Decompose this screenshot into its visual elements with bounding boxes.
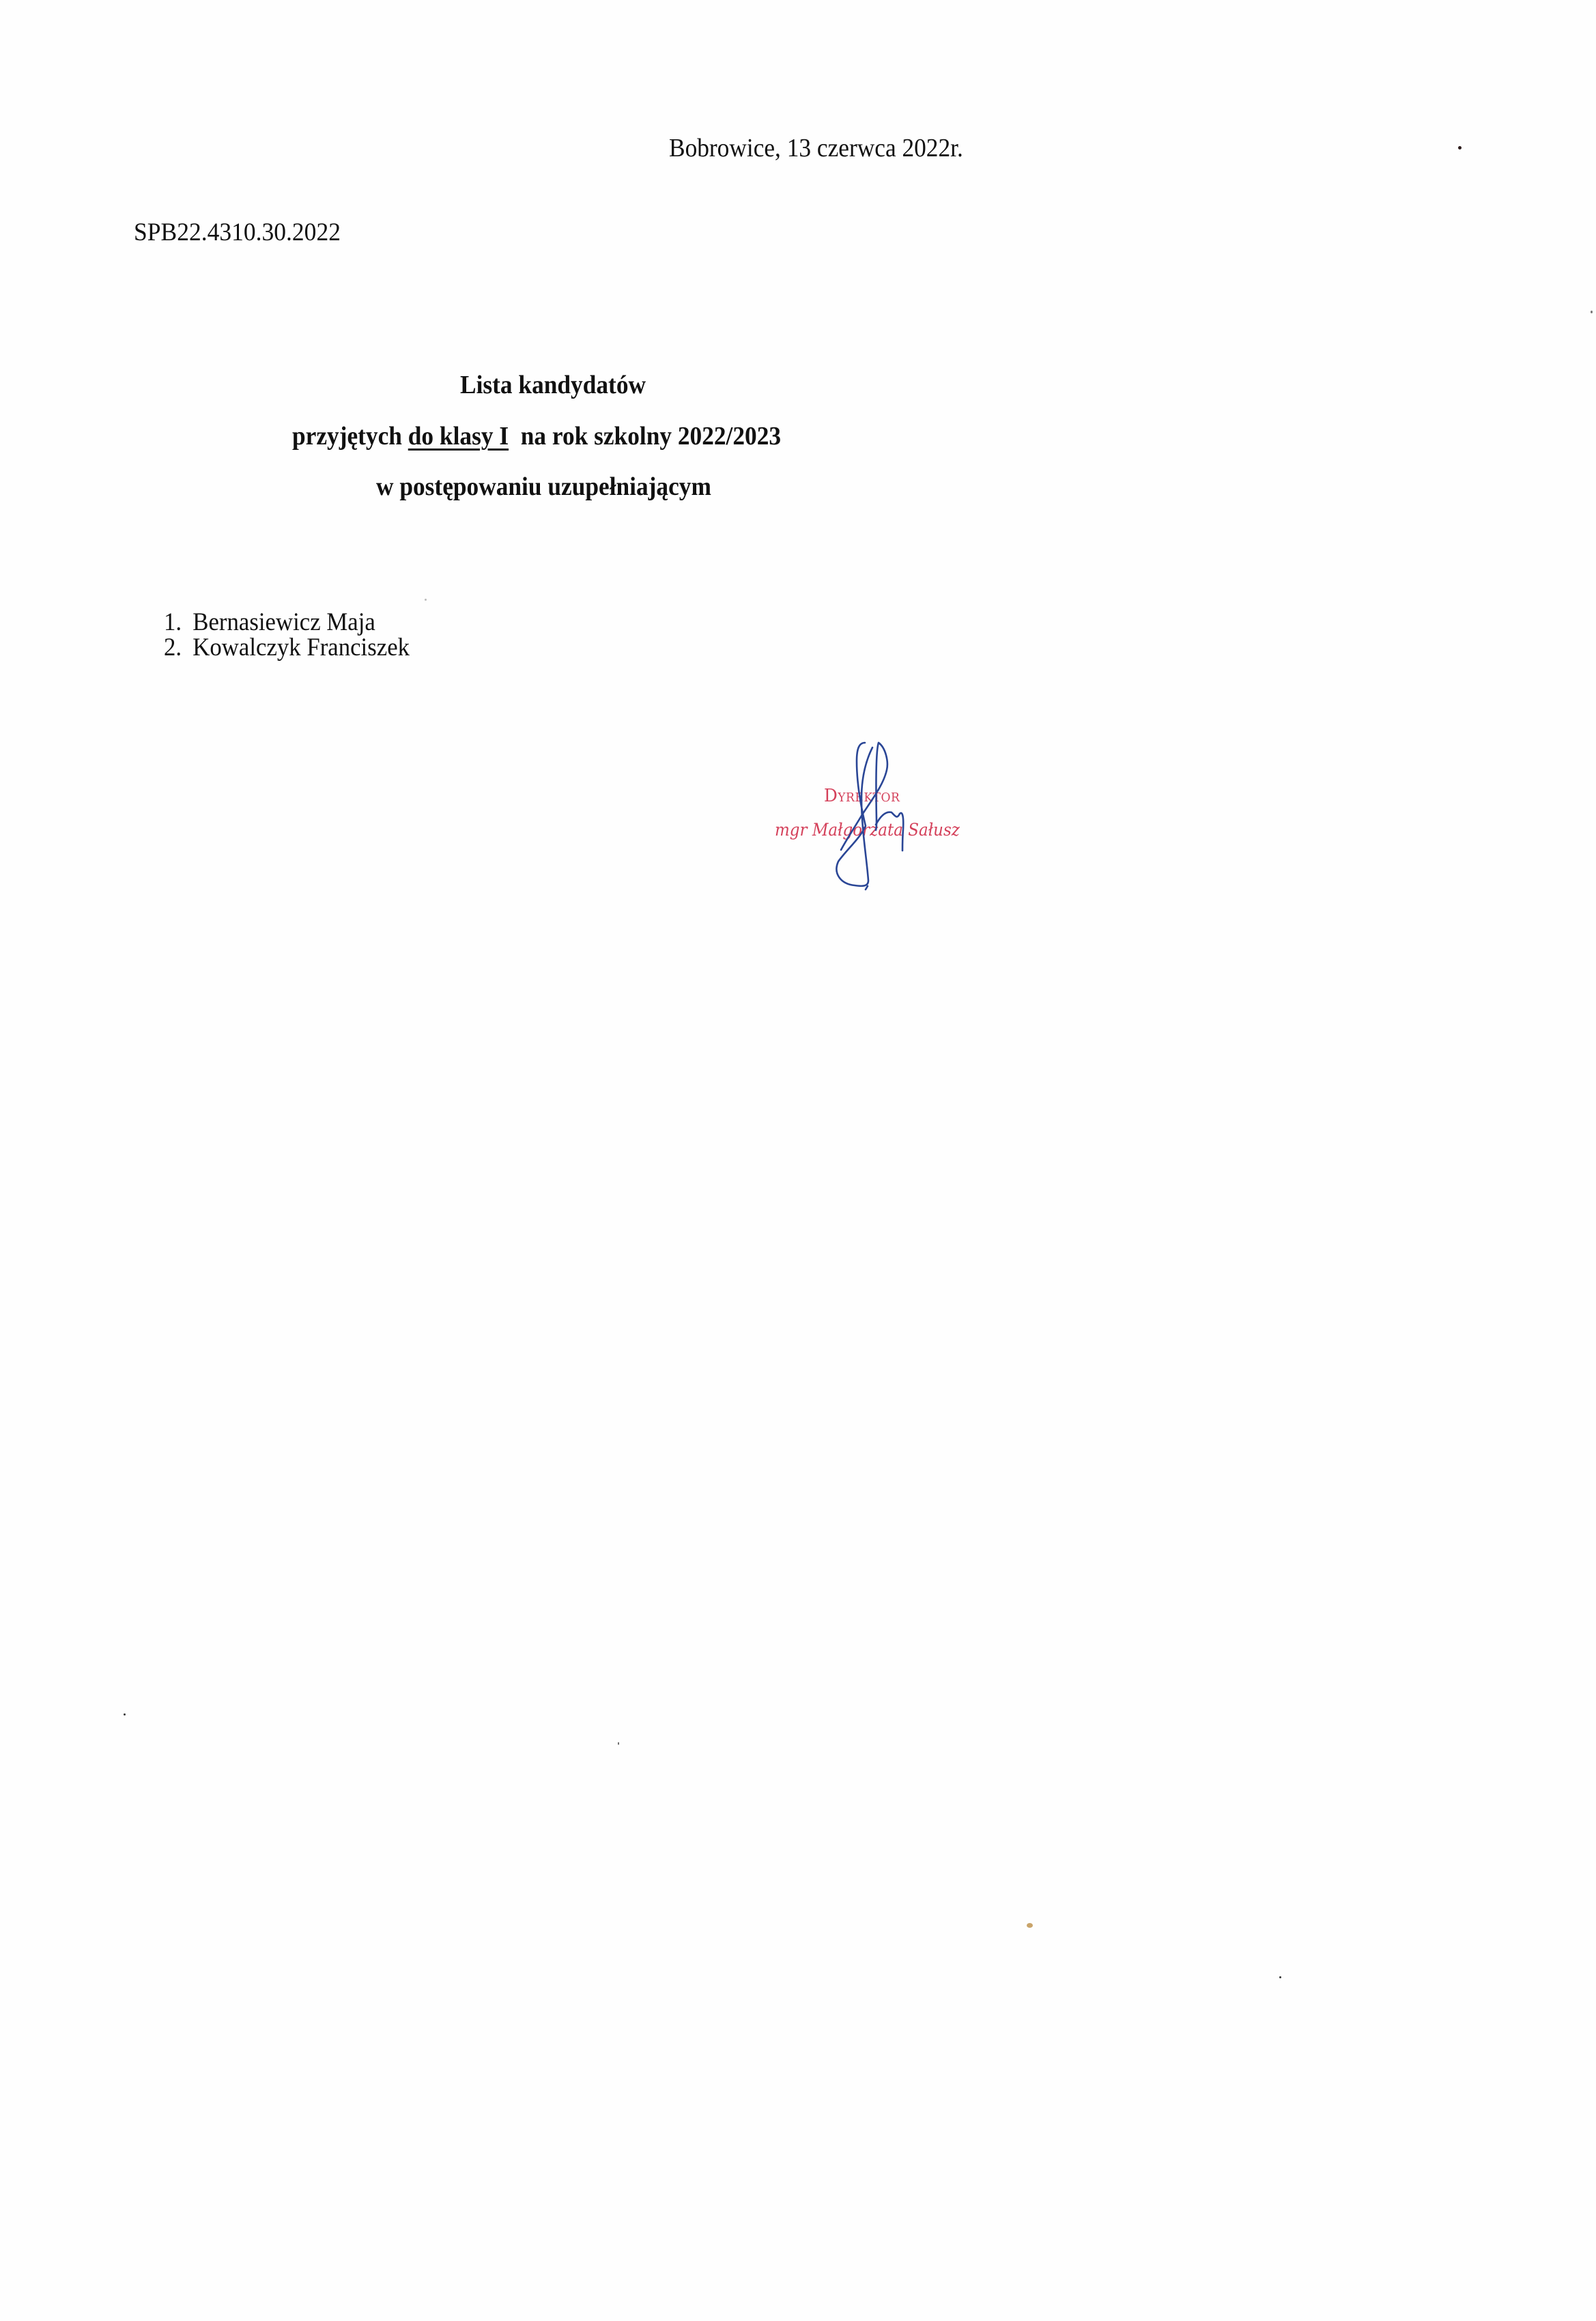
signature-icon xyxy=(0,0,1596,2321)
candidate-list: 1.Bernasiewicz Maja 2.Kowalczyk Francisz… xyxy=(164,610,410,660)
reference-number: SPB22.4310.30.2022 xyxy=(134,220,341,245)
heading-subtitle: przyjętych do klasy I na rok szkolny 202… xyxy=(292,423,781,449)
list-item-number: 1. xyxy=(164,610,193,635)
scan-speck xyxy=(618,1742,619,1745)
heading-procedure: w postępowaniu uzupełniającym xyxy=(376,474,711,500)
list-item-name: Bernasiewicz Maja xyxy=(193,608,375,636)
scan-speck xyxy=(1279,1976,1281,1978)
scan-speck xyxy=(1027,1923,1033,1928)
heading-subtitle-suffix: na rok szkolny 2022/2023 xyxy=(509,422,781,451)
list-item-name: Kowalczyk Franciszek xyxy=(193,633,410,661)
heading-class-underlined: do klasy I xyxy=(408,422,509,451)
stamp-name: mgr Małgorzata Sałusz xyxy=(775,821,960,838)
document-page: Bobrowice, 13 czerwca 2022r. SPB22.4310.… xyxy=(0,0,1596,2321)
scan-speck xyxy=(1458,146,1462,149)
list-item: 1.Bernasiewicz Maja xyxy=(164,610,410,635)
list-item-number: 2. xyxy=(164,635,193,660)
place-and-date: Bobrowice, 13 czerwca 2022r. xyxy=(669,135,963,161)
scan-speck xyxy=(124,1713,126,1715)
heading-subtitle-prefix: przyjętych xyxy=(292,422,408,451)
scan-speck xyxy=(1591,311,1593,313)
list-item: 2.Kowalczyk Franciszek xyxy=(164,635,410,660)
scan-speck xyxy=(425,599,427,601)
heading-title: Lista kandydatów xyxy=(460,372,646,398)
stamp-title: Dyrektor xyxy=(824,787,900,805)
